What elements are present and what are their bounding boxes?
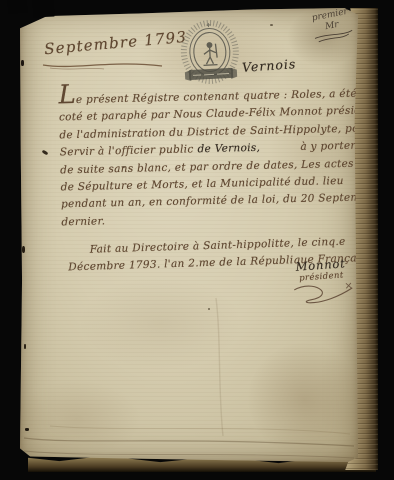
place-name: Vernois: [242, 56, 297, 75]
revenue-stamp-icon: [176, 18, 244, 91]
ink-speck: [208, 308, 210, 310]
paragraph-line-tail: à y porter: [300, 138, 356, 157]
underline-flourish-icon: [40, 56, 166, 72]
binding-fleck: [22, 246, 25, 253]
binding-fleck: [25, 428, 29, 431]
clamp-shadow: [33, 0, 55, 18]
ink-speck: [270, 24, 273, 26]
inserted-place-text: de Vernois,: [197, 140, 260, 159]
clamp-shadow: [8, 0, 28, 14]
register-paragraph: Le présent Régistre contenant quatre : R…: [58, 85, 357, 232]
binding-fleck: [24, 344, 26, 349]
signature-block: Monnot président: [286, 256, 358, 315]
paper-stain: [78, 276, 243, 371]
header-date: Septembre 1793: [43, 28, 187, 58]
paper-stain: [248, 343, 360, 455]
paper-stain: [12, 380, 142, 458]
scanned-manuscript-view: Septembre 1793 Vernois premie: [0, 0, 394, 480]
manuscript-page: Septembre 1793 Vernois premie: [20, 8, 358, 462]
binding-fleck: [21, 60, 24, 66]
signature-paraph-icon: [288, 280, 358, 311]
